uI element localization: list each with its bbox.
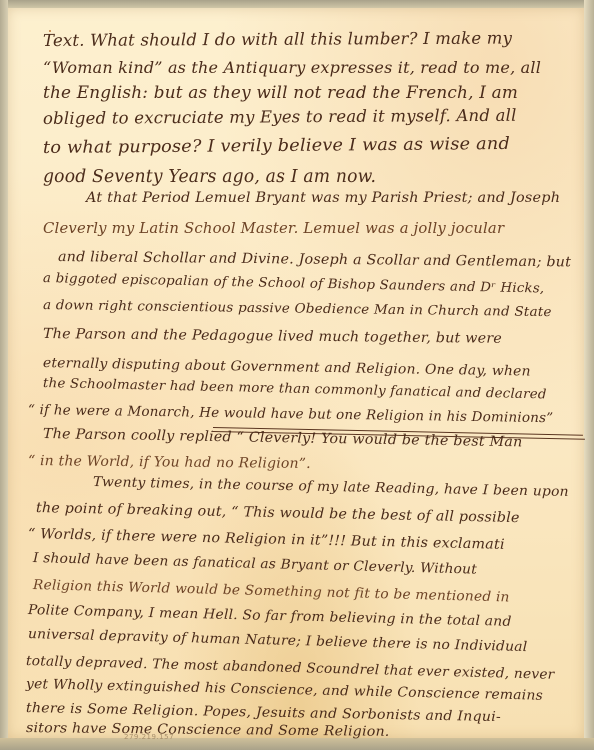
manuscript-line: obliged to excruciate my Eyes to read it… bbox=[43, 106, 517, 128]
scan-frame-left bbox=[0, 0, 8, 750]
manuscript-page: Text. What should I do with all this lum… bbox=[8, 8, 584, 738]
scan-frame-bottom bbox=[0, 738, 594, 750]
manuscript-line: Twenty times, in the course of my late R… bbox=[93, 474, 569, 500]
manuscript-line: “ if he were a Monarch, He would have bu… bbox=[28, 402, 554, 426]
manuscript-line: “ Worlds, if there were no Religion in i… bbox=[28, 526, 505, 553]
manuscript-line: sitors have Some Conscience and Some Rel… bbox=[26, 720, 390, 740]
manuscript-line: Cleverly my Latin School Master. Lemuel … bbox=[43, 221, 504, 237]
archive-pencil-mark: 279.219.157 bbox=[124, 733, 174, 741]
manuscript-line: the point of breaking out, “ This would … bbox=[36, 500, 520, 526]
manuscript-line: the English: but as they will not read t… bbox=[43, 83, 518, 102]
manuscript-line: “Woman kind” as the Antiquary expresses … bbox=[43, 58, 541, 77]
manuscript-line: good Seventy Years ago, as I am now. bbox=[43, 167, 376, 187]
manuscript-line: “ in the World, if You had no Religion”. bbox=[28, 453, 311, 472]
manuscript-line: The Parson and the Pedagogue lived much … bbox=[43, 326, 502, 347]
manuscript-line: a biggoted episcopalian of the School of… bbox=[43, 271, 545, 296]
manuscript-line: At that Period Lemuel Bryant was my Pari… bbox=[86, 190, 560, 206]
manuscript-line: Text. What should I do with all this lum… bbox=[43, 29, 512, 50]
manuscript-line: universal depravity of human Nature; I b… bbox=[28, 626, 528, 655]
manuscript-line: and liberal Schollar and Divine. Joseph … bbox=[58, 249, 571, 270]
scan-frame-top bbox=[0, 0, 594, 8]
manuscript-line: a down right conscientious passive Obedi… bbox=[43, 298, 552, 320]
manuscript-line: The Parson coolly replied “ Cleverly! Yo… bbox=[43, 426, 523, 450]
scan-frame-right bbox=[584, 0, 594, 750]
manuscript-line: eternally disputing about Government and… bbox=[43, 355, 531, 380]
manuscript-line: Religion this World would be Something n… bbox=[33, 577, 510, 605]
manuscript-line: Polite Company, I mean Hell. So far from… bbox=[28, 602, 512, 630]
manuscript-line: to what purpose? I verily believe I was … bbox=[43, 134, 510, 158]
manuscript-line: the Schoolmaster had been more than comm… bbox=[43, 376, 547, 402]
manuscript-line: I should have been as fanatical as Bryan… bbox=[33, 550, 477, 578]
